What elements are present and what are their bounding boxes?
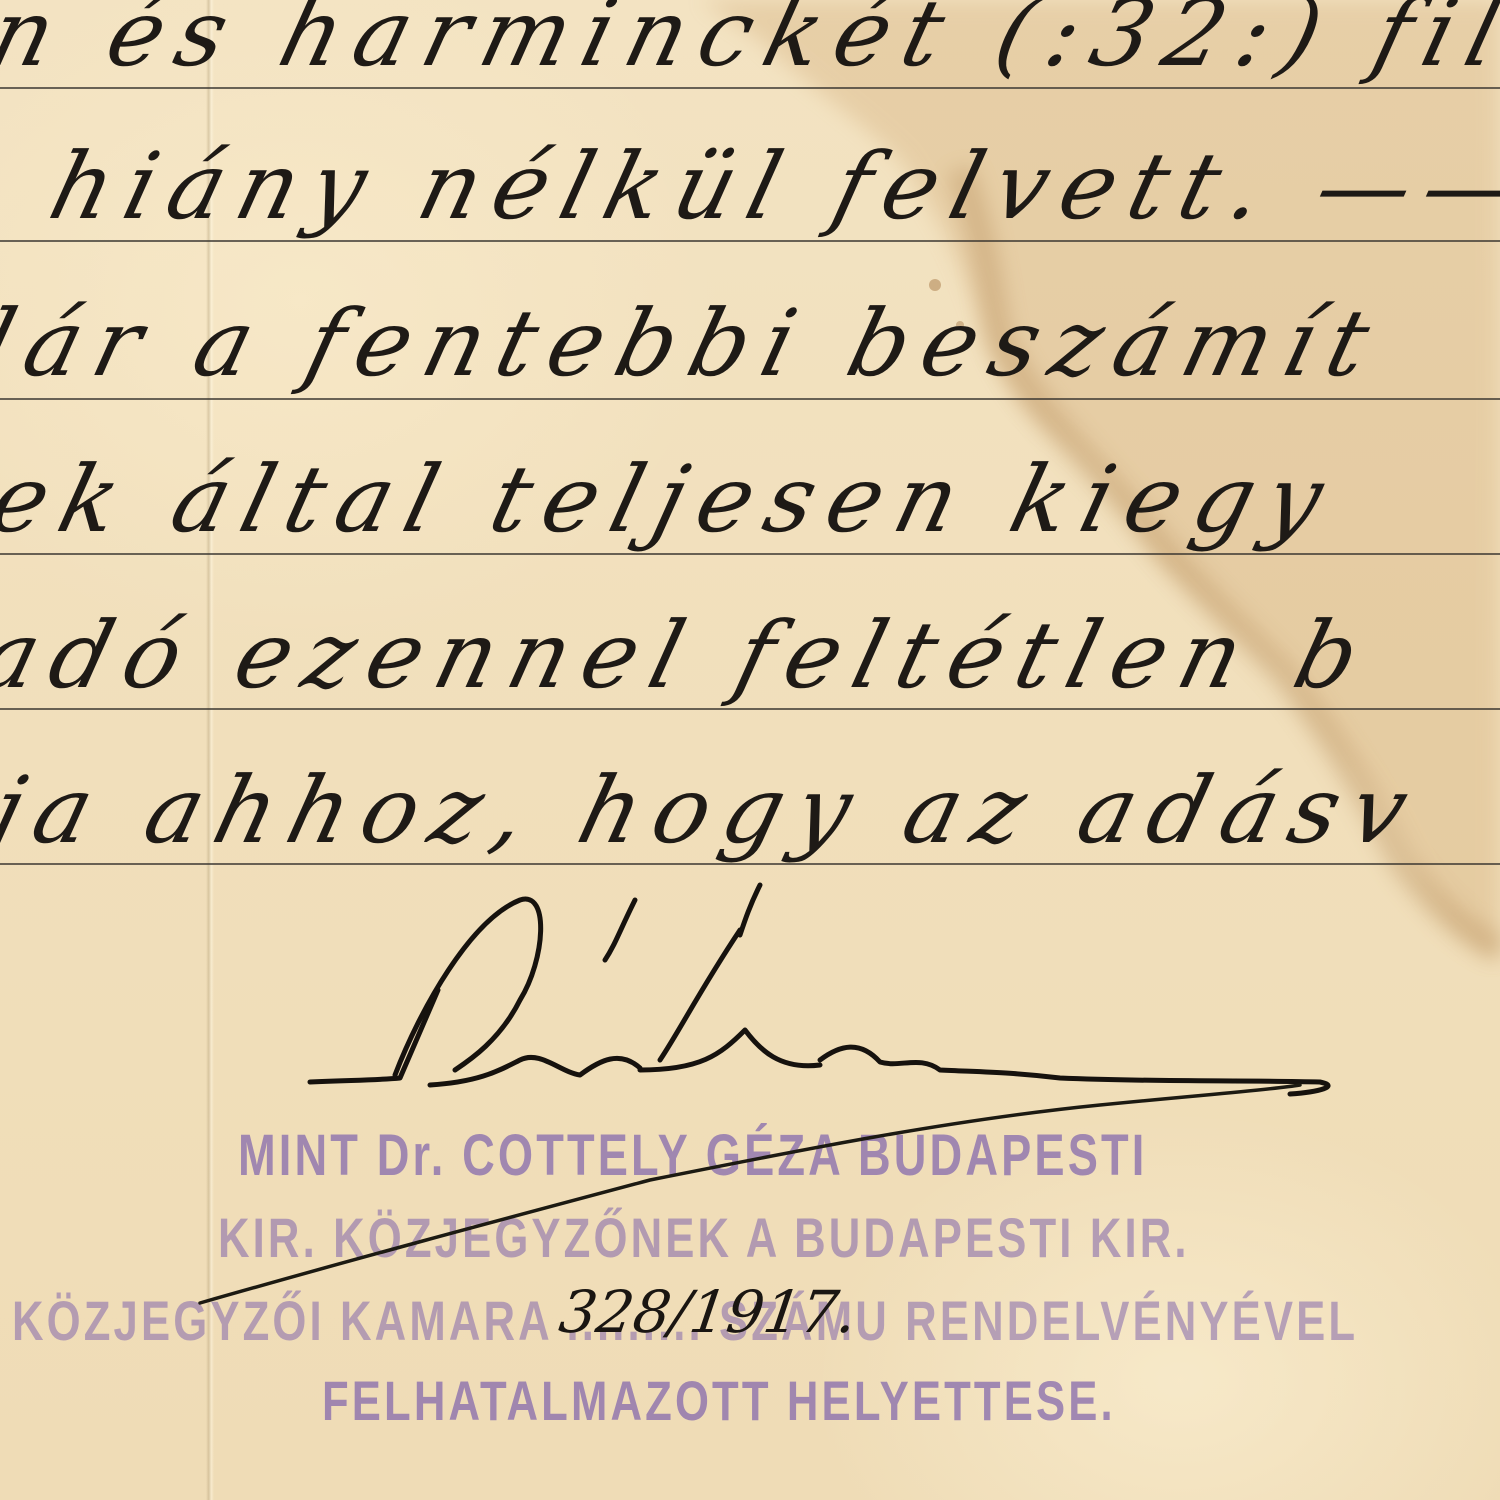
signature — [0, 0, 1500, 1500]
document-number: 328/1917. — [555, 1278, 861, 1346]
document-page: n és harminckét (:32:) fillé hiány nélkü… — [0, 0, 1500, 1500]
